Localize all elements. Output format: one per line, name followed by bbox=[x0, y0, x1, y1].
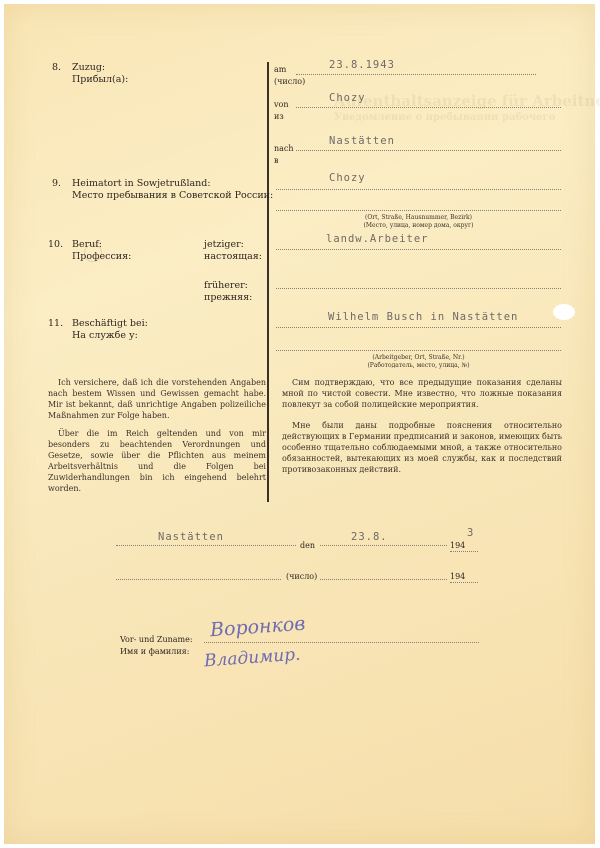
field-10-current-value[interactable]: landw.Arbeiter bbox=[326, 233, 429, 245]
declaration-de: Ich versichere, daß ich die vorstehenden… bbox=[48, 377, 266, 501]
field-9-label: 9.Heimatort in Sowjetrußland: Место преб… bbox=[52, 178, 273, 202]
field-9-number: 9. bbox=[52, 178, 72, 190]
field-11-label-ru: На службе у: bbox=[48, 330, 148, 342]
field-8-label-de: Zuzug: bbox=[72, 62, 105, 73]
field-9-label-de: Heimatort in Sowjetrußland: bbox=[72, 178, 211, 189]
bleed-through-subtitle: Уведомление о пребывании рабочего bbox=[334, 112, 555, 123]
field-9-caption-de: (Ort, Straße, Hausnummer, Bezirk) bbox=[276, 214, 561, 222]
field-8-number: 8. bbox=[52, 62, 72, 74]
field-9-line-2 bbox=[276, 210, 561, 211]
place-line bbox=[116, 545, 296, 546]
declaration-ru-paragraph-1: Сим подтверждаю, что все предыдущие пока… bbox=[282, 377, 562, 410]
field-11-line-2 bbox=[276, 350, 561, 351]
place-value[interactable]: Nastätten bbox=[158, 531, 224, 543]
date-value[interactable]: 23.8. bbox=[351, 531, 388, 543]
den-label: den bbox=[300, 540, 315, 552]
from-prefix-ru: из bbox=[274, 111, 289, 123]
current-label-ru: настоящая: bbox=[204, 251, 262, 263]
field-8-date-value[interactable]: 23.8.1943 bbox=[329, 59, 395, 71]
field-10-label-de: Beruf: bbox=[72, 239, 102, 250]
declaration-de-paragraph-2: Über die im Reich geltenden und von mir … bbox=[48, 428, 266, 494]
to-prefix-de: nach bbox=[274, 144, 294, 153]
field-8-from-line bbox=[296, 107, 561, 108]
field-8-to-line bbox=[296, 150, 561, 151]
field-11-label-de: Beschäftigt bei: bbox=[72, 318, 148, 329]
field-11-value[interactable]: Wilhelm Busch in Nastätten bbox=[328, 311, 518, 323]
field-10-label-ru: Профессия: bbox=[48, 251, 131, 263]
field-11-caption-ru: (Работодатель, место, улица, №) bbox=[276, 362, 561, 370]
document-page: Aufenthaltsanzeige für Arbeitnehmer Увед… bbox=[4, 4, 595, 844]
former-label-ru: прежняя: bbox=[204, 292, 252, 304]
field-10-current-line bbox=[276, 249, 561, 250]
field-10-label: 10.Beruf: Профессия: bbox=[48, 239, 131, 263]
field-8-date-prefix: am (число) bbox=[274, 64, 305, 88]
signature-label: Vor- und Zuname: Имя и фамилия: bbox=[120, 634, 193, 658]
field-11-number: 11. bbox=[48, 318, 72, 330]
declaration-ru: Сим подтверждаю, что все предыдущие пока… bbox=[282, 377, 562, 482]
year-digit[interactable]: 3 bbox=[467, 527, 474, 539]
field-8-from-value[interactable]: Chozy bbox=[329, 92, 366, 104]
field-9-line-1 bbox=[276, 189, 561, 190]
field-9-caption-ru: (Место, улица, номер дома, округ) bbox=[276, 222, 561, 230]
signature-surname[interactable]: Воронков bbox=[209, 613, 306, 642]
field-8-from-prefix: von из bbox=[274, 99, 289, 123]
ru-date-label: (число) bbox=[286, 571, 317, 583]
ru-date-line bbox=[320, 579, 447, 580]
field-11-caption: (Arbeitgeber, Ort, Straße, Nr.) (Работод… bbox=[276, 354, 561, 370]
signature-given-name[interactable]: Владимир. bbox=[203, 645, 301, 672]
punch-hole bbox=[553, 304, 575, 320]
field-8-label-ru: Прибыл(а): bbox=[52, 74, 128, 86]
field-11-line-1 bbox=[276, 327, 561, 328]
field-11-caption-de: (Arbeitgeber, Ort, Straße, Nr.) bbox=[276, 354, 561, 362]
current-label-de: jetziger: bbox=[204, 239, 244, 250]
to-prefix-ru: в bbox=[274, 155, 294, 167]
from-prefix-de: von bbox=[274, 100, 289, 109]
former-label-de: früherer: bbox=[204, 280, 248, 291]
column-divider bbox=[267, 62, 269, 502]
field-9-label-ru: Место пребывания в Советской России: bbox=[52, 190, 273, 202]
field-9-value[interactable]: Chozy bbox=[329, 172, 366, 184]
field-10-current-label: jetziger: настоящая: bbox=[204, 239, 262, 263]
year-line bbox=[450, 551, 478, 552]
date-prefix-ru: (число) bbox=[274, 76, 305, 88]
field-8-date-line bbox=[296, 74, 536, 75]
ru-place-line bbox=[116, 579, 281, 580]
date-line bbox=[320, 545, 447, 546]
declaration-de-paragraph-1: Ich versichere, daß ich die vorstehenden… bbox=[48, 377, 266, 421]
signature-line bbox=[204, 642, 479, 643]
field-8-to-value[interactable]: Nastätten bbox=[329, 135, 395, 147]
signature-label-ru: Имя и фамилия: bbox=[120, 646, 193, 658]
field-10-former-line bbox=[276, 288, 561, 289]
field-8-label: 8.Zuzug: Прибыл(а): bbox=[52, 62, 128, 86]
signature-label-de: Vor- und Zuname: bbox=[120, 635, 193, 644]
date-prefix-de: am bbox=[274, 65, 286, 74]
field-8-to-prefix: nach в bbox=[274, 143, 294, 167]
declaration-ru-paragraph-2: Мне были даны подробные пояснения относи… bbox=[282, 420, 562, 475]
field-10-former-label: früherer: прежняя: bbox=[204, 280, 252, 304]
field-9-caption: (Ort, Straße, Hausnummer, Bezirk) (Место… bbox=[276, 214, 561, 230]
ru-year-line bbox=[450, 582, 478, 583]
field-11-label: 11.Beschäftigt bei: На службе у: bbox=[48, 318, 148, 342]
field-10-number: 10. bbox=[48, 239, 72, 251]
